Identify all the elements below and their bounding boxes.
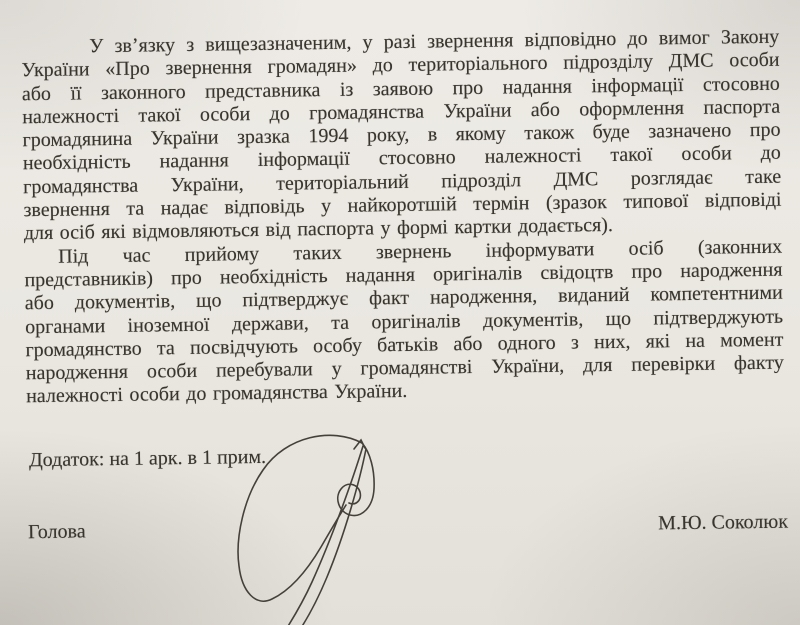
- letter-body: У зв’язку з вищезазначеним, у разі зверн…: [21, 26, 784, 409]
- document-photo: У зв’язку з вищезазначеним, у разі зверн…: [0, 0, 800, 625]
- signoff-row: Голова М.Ю. Соколюк: [28, 511, 788, 545]
- letter-sheet: У зв’язку з вищезазначеним, у разі зверн…: [0, 0, 800, 625]
- paragraph-2: Під час прийому таких звернень інформува…: [24, 235, 784, 409]
- signoff-title: Голова: [28, 520, 86, 544]
- attachment-note: Додаток: на 1 арк. в 1 прим.: [29, 446, 266, 472]
- signoff-name: М.Ю. Соколюк: [658, 511, 788, 536]
- paragraph-1: У зв’язку з вищезазначеним, у разі зверн…: [21, 26, 782, 246]
